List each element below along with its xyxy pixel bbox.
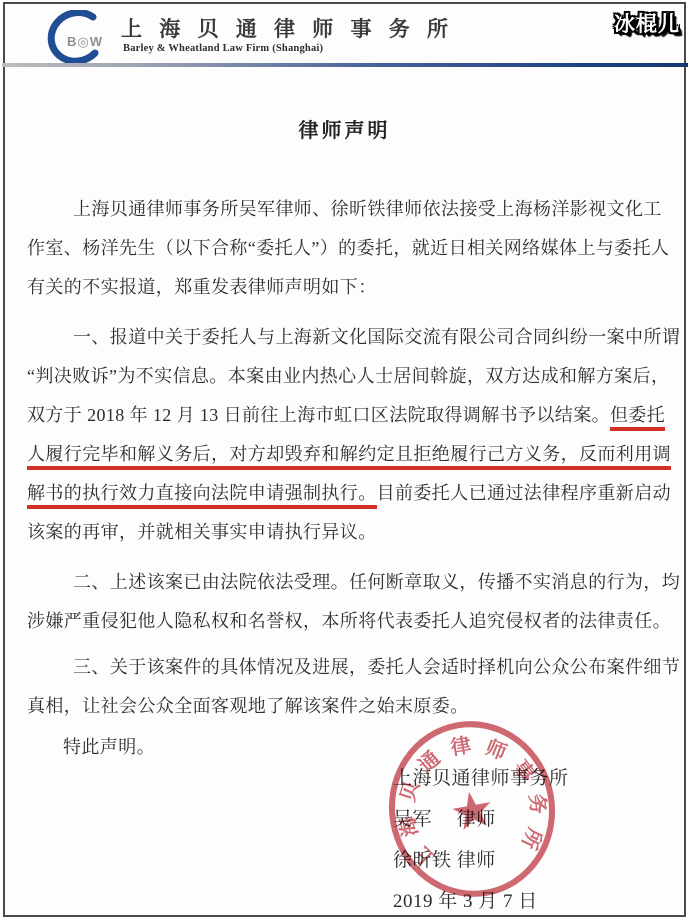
red-underlined-text: 解书的执行效力直接向法院申请强制执行。 xyxy=(27,483,377,509)
statement-line: 上海贝通律师事务所吴军律师、徐昕铁律师依法接受上海杨洋影视文化工 xyxy=(27,190,668,229)
statement-line: “判决败诉”为不实信息。本案由业内热心人士居间斡旋，双方达成和解方案后， xyxy=(27,357,668,396)
signature-lawyer: 吴军 律师 xyxy=(393,799,569,840)
statement-line: 一、报道中关于委托人与上海新文化国际交流有限公司合同纠纷一案中所谓 xyxy=(27,318,668,357)
watermark: 冰棍儿 xyxy=(614,8,680,38)
statement-line: 二、上述该案已由法院依法受理。任何断章取义，传播不实消息的行为，均 xyxy=(27,563,668,602)
statement-line: 三、关于该案件的具体情况及进展，委托人会适时择机向公众公布案件细节 xyxy=(27,648,668,687)
signature-date: 2019 年 3 月 7 日 xyxy=(393,881,569,921)
closing-line: 特此声明。 xyxy=(27,728,668,767)
red-underlined-text: 人履行完毕和解义务后，对方却毁弃和解约定且拒绝履行己方义务，反而利用调 xyxy=(27,444,671,470)
statement-line: 有关的不实报道，郑重发表律师声明如下： xyxy=(27,268,668,307)
firm-name-chinese: 上 海 贝 通 律 师 事 务 所 xyxy=(121,17,454,41)
firm-logo: B◎W xyxy=(31,10,117,66)
logo-letters: B◎W xyxy=(67,34,103,50)
statement-text: 双方于 2018 年 12 月 13 日前往上海市虹口区法院取得调解书予以结案。 xyxy=(27,405,610,425)
statement-line: 人履行完毕和解义务后，对方却毁弃和解约定且拒绝履行己方义务，反而利用调 xyxy=(27,435,668,474)
statement-body: 上海贝通律师事务所吴军律师、徐昕铁律师依法接受上海杨洋影视文化工 作室、杨洋先生… xyxy=(27,190,668,767)
firm-name-english: Barley & Wheatland Law Firm (Shanghai) xyxy=(121,43,454,54)
signature-lawyer: 徐昕铁 律师 xyxy=(393,840,569,881)
letterhead: B◎W 上 海 贝 通 律 师 事 务 所 Barley & Wheatland… xyxy=(31,10,454,64)
red-underlined-text: 但委托 xyxy=(610,405,665,431)
header-divider xyxy=(2,63,688,67)
wheat-o-icon: ◎ xyxy=(77,34,89,49)
statement-line: 该案的再审，并就相关事实申请执行异议。 xyxy=(27,513,668,552)
statement-line: 双方于 2018 年 12 月 13 日前往上海市虹口区法院取得调解书予以结案。… xyxy=(27,396,668,435)
statement-line: 作室、杨洋先生（以下合称“委托人”）的委托，就近日相关网络媒体上与委托人 xyxy=(27,229,668,268)
statement-title: 律师声明 xyxy=(5,114,684,143)
document-page: B◎W 上 海 贝 通 律 师 事 务 所 Barley & Wheatland… xyxy=(3,2,686,917)
signature-block: 上海贝通律师事务所 吴军 律师 徐昕铁 律师 2019 年 3 月 7 日 xyxy=(393,758,569,921)
statement-text: 目前委托人已通过法律程序重新启动 xyxy=(377,483,671,503)
firm-names: 上 海 贝 通 律 师 事 务 所 Barley & Wheatland Law… xyxy=(121,10,454,54)
statement-line: 涉嫌严重侵犯他人隐私权和名誉权，本所将代表委托人追究侵权者的法律责任。 xyxy=(27,602,668,641)
statement-line: 解书的执行效力直接向法院申请强制执行。目前委托人已通过法律程序重新启动 xyxy=(27,474,668,513)
signature-firm: 上海贝通律师事务所 xyxy=(393,758,569,799)
statement-line: 真相，让社会公众全面客观地了解该案件之始末原委。 xyxy=(27,687,668,726)
